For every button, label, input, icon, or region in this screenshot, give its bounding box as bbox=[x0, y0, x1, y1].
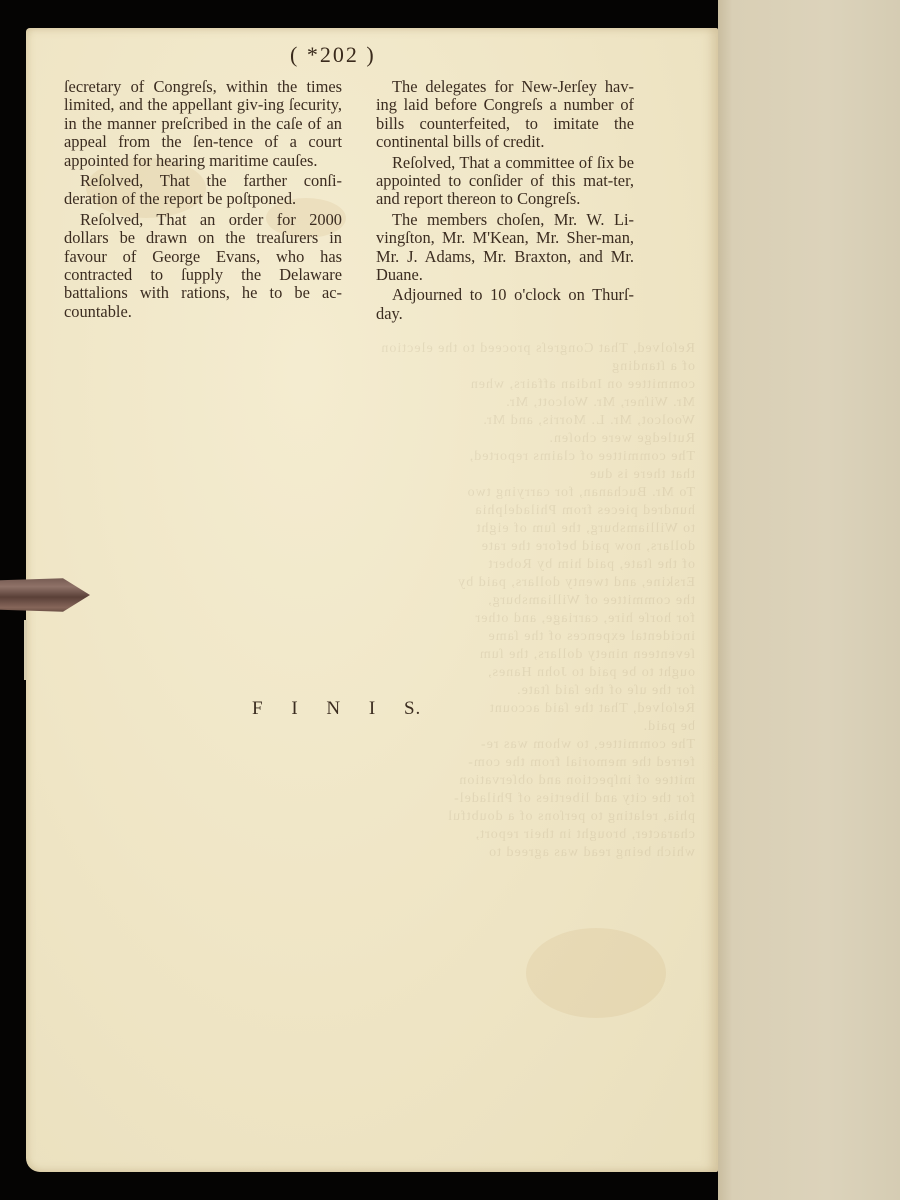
right-column: The delegates for New-Jerſey hav-ing lai… bbox=[376, 78, 634, 325]
paragraph: Reſolved, That an order for 2000 dollars… bbox=[64, 211, 342, 321]
adjacent-page bbox=[718, 0, 900, 1200]
finis-closing: F I N I S. bbox=[252, 698, 421, 720]
paragraph: The delegates for New-Jerſey hav-ing lai… bbox=[376, 78, 634, 152]
paragraph: The members choſen, Mr. W. Li-vingſton, … bbox=[376, 211, 634, 285]
paragraph: ſecretary of Congreſs, within the times … bbox=[64, 78, 342, 170]
paragraph: Reſolved, That the farther conſi-deratio… bbox=[64, 172, 342, 209]
page-edge-mark bbox=[24, 620, 27, 680]
page-number: ( *202 ) bbox=[290, 42, 410, 68]
left-column: ſecretary of Congreſs, within the times … bbox=[64, 78, 342, 323]
paragraph: Reſolved, That a committee of ſix be app… bbox=[376, 154, 634, 209]
paragraph: Adjourned to 10 o'clock on Thurſ-day. bbox=[376, 286, 634, 323]
